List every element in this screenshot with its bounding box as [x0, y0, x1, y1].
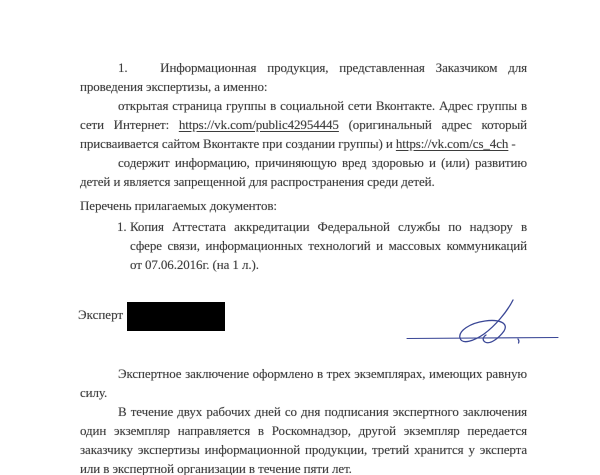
signature-icon [390, 293, 570, 355]
list-item-attachment-1: 1. Копия Аттестата аккредитации Федераль… [80, 217, 527, 274]
list-item-text: Копия Аттестата аккредитации Федеральной… [130, 217, 527, 274]
paragraph-product-intro: 1. Информационная продукция, представлен… [80, 58, 527, 96]
attachments-heading: Перечень прилагаемых документов: [80, 196, 527, 215]
paragraph-closing-distribution: В течение двух рабочих дней со дня подпи… [80, 402, 527, 475]
section-information-product: 1. Информационная продукция, представлен… [80, 58, 527, 191]
paragraph-product-description: открытая страница группы в социальной се… [80, 96, 527, 153]
expert-label: Эксперт [78, 307, 123, 322]
vk-primary-url-link: https://vk.com/public42954445 [179, 117, 339, 132]
signature-tick-stroke [518, 339, 519, 343]
vk-secondary-url-link: https://vk.com/cs_4ch [396, 136, 508, 151]
description-text-after-link: - [508, 136, 515, 151]
signature-underline-stroke [407, 338, 558, 339]
document-page: 1. Информационная продукция, представлен… [0, 0, 600, 475]
paragraph-closing-copies: Экспертное заключение оформлено в трех э… [80, 364, 527, 402]
redacted-expert-name [127, 302, 225, 331]
paragraph-product-conclusion: содержит информацию, причиняющую вред зд… [80, 153, 527, 191]
signature-flourish-stroke [460, 300, 513, 343]
list-item-number: 1. [117, 217, 127, 236]
section-closing: Экспертное заключение оформлено в трех э… [80, 364, 527, 475]
attachments-list: 1. Копия Аттестата аккредитации Федераль… [80, 217, 527, 274]
